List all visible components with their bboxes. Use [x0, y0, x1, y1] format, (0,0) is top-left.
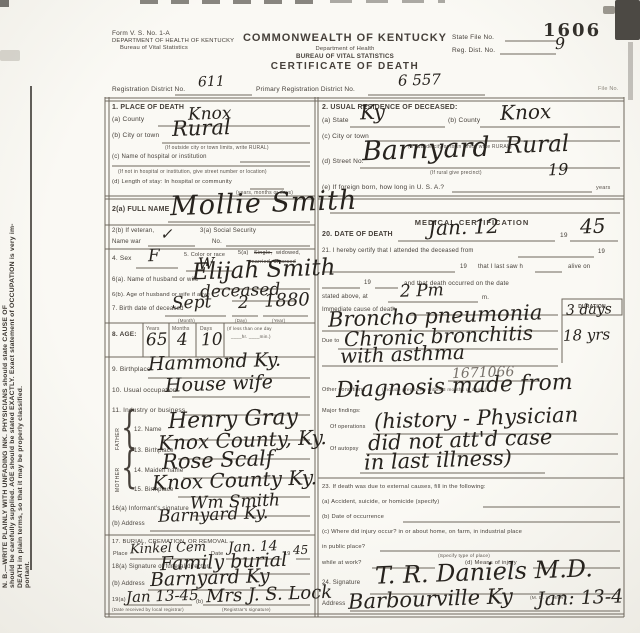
due-to-value-2: with asthma	[340, 342, 465, 366]
state-file-stamp: 1606	[543, 20, 601, 41]
hour-of-death-value: 2 Pm	[400, 282, 444, 301]
certify-19-a: 19	[598, 249, 605, 255]
certify-19-c: 19	[364, 280, 371, 286]
immediate-duration-value: 3 days	[566, 302, 612, 318]
physician-signature-value: T. R. Daniels M.D.	[375, 556, 594, 588]
dod-19-label: 19	[560, 232, 568, 239]
age-label: 8. AGE:	[112, 331, 137, 338]
certify-line-1: 21. I hereby certify that I attended the…	[322, 248, 474, 254]
city-value: Rural	[172, 117, 231, 140]
age-less-label: (If less than one day	[227, 326, 272, 331]
date-of-death-label: 20. DATE OF DEATH	[322, 231, 393, 238]
sex-value: F	[148, 248, 160, 265]
department-line2: Bureau of Vital Statistics	[120, 45, 188, 51]
burial-date-year-value: 45	[293, 544, 309, 557]
year-label: (Year)	[272, 318, 285, 323]
registrar-prefix: (b)	[196, 599, 203, 605]
burial-place-label: Place	[113, 551, 128, 557]
age-days-value: 10	[201, 332, 223, 350]
street-value: Barnyard	[362, 134, 491, 165]
street-label: (d) Street No.	[322, 158, 364, 165]
page-title: COMMONWEALTH OF KENTUCKY	[215, 32, 475, 44]
day-label: (Day)	[235, 318, 247, 323]
certify-saw-label: that I last saw h	[478, 264, 523, 270]
hospital-note: (If not in hospital or institution, give…	[118, 169, 267, 175]
due-to-label: Due to	[322, 338, 339, 344]
city-label: (b) City or town	[112, 132, 159, 139]
file-no-label: File No.	[598, 86, 619, 92]
funeral-address-label: (b) Address	[112, 581, 145, 587]
marital-single: Single,	[254, 250, 272, 256]
physician-address-value: Barbourville Ky	[348, 586, 514, 613]
sex-label: 4. Sex	[112, 255, 132, 262]
foreign-years-label: years	[596, 185, 610, 191]
precinct-value: 19	[548, 162, 569, 179]
margin-note: N. B.—WRITE PLAINLY WITH UNFADING INK. P…	[2, 108, 32, 588]
street-value-2: Rural	[505, 133, 570, 158]
registration-district-label: Registration District No.	[112, 86, 185, 93]
physician-signature-label: 24. Signature	[322, 580, 360, 586]
informant-address-value: Barnyard Ky.	[158, 505, 269, 526]
date-of-death-year-value: 45	[580, 216, 606, 237]
public-place-label: in public place?	[322, 544, 365, 550]
veteran-label: 2(b) If veteran,	[112, 228, 154, 234]
full-name-label: 2(a) FULL NAME	[112, 206, 170, 213]
birthplace-label: 9. Birthplace	[112, 366, 151, 373]
registrar-signature-label: (Registrar's signature)	[222, 607, 271, 612]
date-of-death-value: Jan. 12	[428, 216, 500, 238]
ssn-no-label: No.	[212, 239, 222, 245]
physician-address-label: Address	[322, 601, 345, 607]
state-file-label: State File No.	[452, 34, 494, 41]
where-injury-label: (c) Where did injury occur? in or about …	[322, 529, 522, 535]
veteran-war-label: Name war	[112, 239, 141, 245]
occupation-value: House wife	[165, 373, 274, 396]
certify-alive-label: alive on	[568, 264, 590, 270]
page-subtitle-2: BUREAU OF VITAL STATISTICS	[215, 53, 475, 60]
residence-state-value: Ky	[360, 102, 386, 123]
birthdate-day-value: 2	[238, 295, 249, 312]
reg-dist-label: Reg. Dist. No.	[452, 47, 495, 54]
margin-note-line: DEATH in plain terms, so that it may be …	[17, 108, 24, 588]
occurrence-label: (b) Date of occurrence	[322, 514, 384, 520]
foreign-born-label: (e) If foreign born, how long in U. S. A…	[322, 184, 444, 191]
month-label: (Month)	[178, 318, 195, 323]
registrar-signature-value: Mrs J. S. Lock	[206, 584, 333, 606]
while-at-work-label: while at work?	[322, 560, 362, 566]
m-label: m.	[482, 295, 489, 301]
full-name-value: Mollie Smith	[170, 187, 358, 221]
certify-19-b: 19	[460, 264, 467, 270]
county-label: (a) County	[112, 116, 144, 123]
city-note: (If outside city or town limits, write R…	[165, 145, 269, 151]
usual-residence-title: 2. USUAL RESIDENCE OF DECEASED:	[322, 104, 458, 111]
hospital-label: (c) Name of hospital or institution	[112, 154, 207, 160]
place-of-death-title: 1. PLACE OF DEATH	[112, 104, 184, 111]
registration-district-value: 611	[198, 75, 225, 90]
primary-registration-label: Primary Registration District No.	[256, 86, 355, 93]
received-date-label: (Date received by local registrar)	[112, 607, 184, 612]
margin-note-line: portant.	[24, 108, 31, 588]
of-autopsy-label: Of autopsy	[330, 446, 359, 452]
marital-prefix: 5(a)	[238, 250, 249, 256]
primary-registration-value: 6 557	[398, 72, 441, 88]
due-to-duration-value: 18 yrs	[563, 327, 611, 344]
length-of-stay-label: (d) Length of stay: In hospital or commu…	[112, 179, 232, 185]
form-number: Form V. S. No. 1-A	[112, 30, 170, 37]
external-causes-label: 23. If death was due to external causes,…	[322, 484, 486, 490]
certify-line-4: stated above, at	[322, 294, 368, 300]
age-years-value: 65	[146, 332, 168, 350]
received-date-value: Jan 13-45	[126, 588, 199, 606]
street-note: (If rural give precinct)	[430, 170, 482, 176]
scanned-death-certificate: N. B.—WRITE PLAINLY WITH UNFADING INK. P…	[0, 0, 640, 633]
birthdate-year-value: 1880	[264, 291, 310, 311]
reg-dist-handwritten: 9	[555, 36, 566, 52]
age-less-label-2: ____hr. ____min.)	[231, 334, 271, 339]
form-rules-layer	[0, 0, 640, 633]
date-signed-value: Jan: 13-4	[537, 587, 624, 609]
margin-note-line: N. B.—WRITE PLAINLY WITH UNFADING INK. P…	[2, 108, 9, 588]
page-subtitle-1: Department of Health	[215, 46, 475, 52]
ssn-label: 3(a) Social Security	[200, 228, 256, 234]
of-operations-label: Of operations	[330, 424, 366, 430]
margin-note-line: should be carefully supplied. AGE should…	[9, 108, 16, 588]
birthdate-month-value: Sept	[172, 294, 212, 312]
residence-county-value: Knox	[500, 101, 552, 123]
residence-county-label: (b) County	[448, 117, 480, 124]
informant-address-label: (b) Address	[112, 521, 145, 527]
veteran-value: ✓	[160, 227, 173, 242]
age-months-value: 4	[177, 332, 188, 349]
of-autopsy-value-2: in last illness)	[364, 447, 513, 473]
residence-state-label: (a) State	[322, 117, 349, 124]
accident-label: (a) Accident, suicide, or homicide (spec…	[322, 499, 439, 505]
major-findings-label: Major findings:	[322, 408, 361, 414]
mother-birthplace-value: Knox County Ky.	[152, 467, 318, 493]
husband-label: 6(a). Name of husband or wife	[112, 277, 199, 283]
received-prefix: 19(a)	[112, 597, 126, 603]
